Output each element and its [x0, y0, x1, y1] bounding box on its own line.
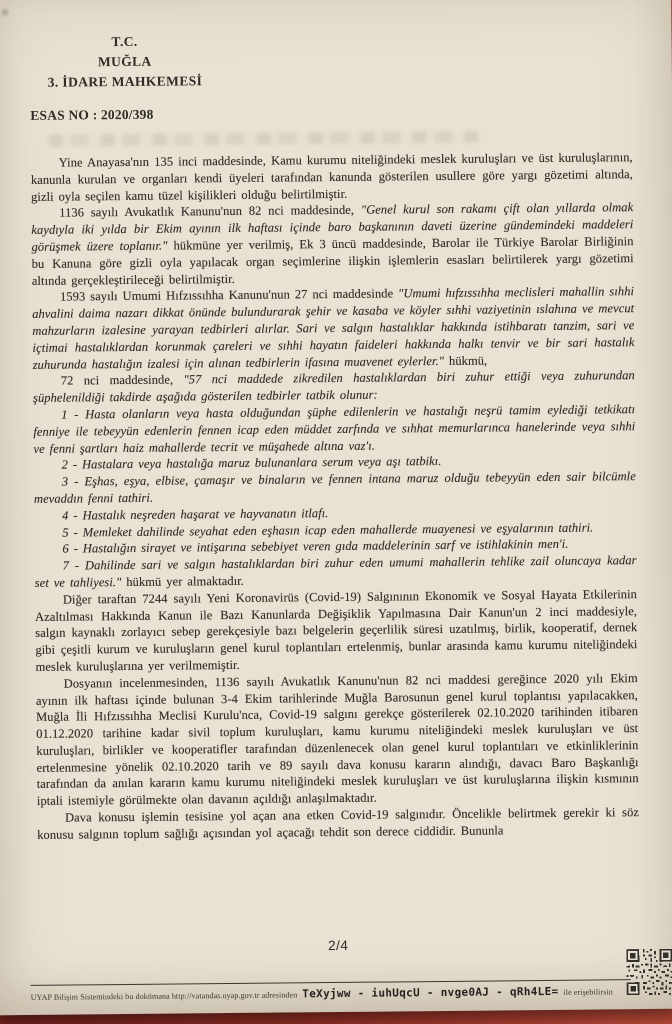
text-run-quote: 1 - Hasta olanların veya hasta olduğunda… — [33, 402, 635, 455]
uyap-access-prefix: UYAP Bilişim Sistemindeki bu dokümana ht… — [31, 990, 298, 1002]
document-body: Yine Anayasa'nın 135 inci maddesinde, Ka… — [31, 149, 640, 843]
body-paragraph: 1136 sayılı Avukatlık Kanunu'nun 82 nci … — [31, 200, 634, 290]
text-run-quote: 4 - Hastalık neşreden haşarat ve hayvana… — [62, 506, 328, 523]
text-run: hükmü yer almaktadır. — [121, 574, 244, 589]
page-number: 2/4 — [0, 935, 672, 957]
text-run: Yine Anayasa'nın 135 inci maddesinde, Ka… — [31, 150, 633, 203]
uyap-access-suffix: ile erişebilirsin — [563, 987, 613, 996]
text-run: Dava konusu işlemin tesisine yol açan an… — [37, 805, 639, 842]
body-paragraph: Diğer taraftan 7244 sayılı Yeni Koronavi… — [35, 586, 638, 676]
page-bleed-through — [48, 131, 478, 147]
text-run: Diğer taraftan 7244 sayılı Yeni Koronavi… — [35, 587, 637, 674]
body-paragraph: Yine Anayasa'nın 135 inci maddesinde, Ka… — [31, 149, 633, 205]
uyap-access-note: UYAP Bilişim Sistemindeki bu dokümana ht… — [31, 984, 631, 1003]
text-run: 1593 sayılı Umumi Hıfzıssıhha Kanunu'nun… — [60, 287, 398, 304]
text-run: Dosyanın incelenmesinden, 1136 sayılı Av… — [36, 671, 639, 808]
body-paragraph: Dosyanın incelenmesinden, 1136 sayılı Av… — [36, 670, 639, 810]
body-paragraph: Dava konusu işlemin tesisine yol açan an… — [37, 804, 639, 843]
text-run: hükmü, — [444, 353, 487, 367]
header-city: MUĞLA — [30, 51, 220, 73]
header-tc: T.C. — [29, 31, 219, 53]
header-court: 3. İDARE MAHKEMESİ — [30, 71, 220, 93]
body-paragraph: 1593 sayılı Umumi Hıfzıssıhha Kanunu'nun… — [32, 283, 635, 373]
case-number: ESAS NO : 2020/398 — [30, 101, 632, 125]
text-run: 72 nci maddesinde, — [61, 373, 184, 388]
text-run-quote: 2 - Hastalara veya hastalığa maruz bulun… — [62, 454, 442, 472]
list-item-1: 1 - Hasta olanların veya hasta olduğunda… — [33, 401, 635, 457]
scan-artifact — [1, 9, 10, 17]
uyap-access-code: TeXyjww - iuhUqcU - nvge0AJ - qRh4LE= — [302, 985, 558, 1000]
text-run: 1136 sayılı Avukatlık Kanunu'nun 82 nci … — [59, 203, 361, 220]
court-header: T.C. MUĞLA 3. İDARE MAHKEMESİ — [29, 31, 220, 93]
qr-code-icon — [626, 949, 672, 995]
text-run-quote: 3 - Eşhas, eşya, elbise, çamaşır ve bina… — [34, 469, 636, 506]
photo-background: T.C. MUĞLA 3. İDARE MAHKEMESİ ESAS NO : … — [0, 0, 672, 1024]
document-page: T.C. MUĞLA 3. İDARE MAHKEMESİ ESAS NO : … — [0, 0, 672, 1015]
